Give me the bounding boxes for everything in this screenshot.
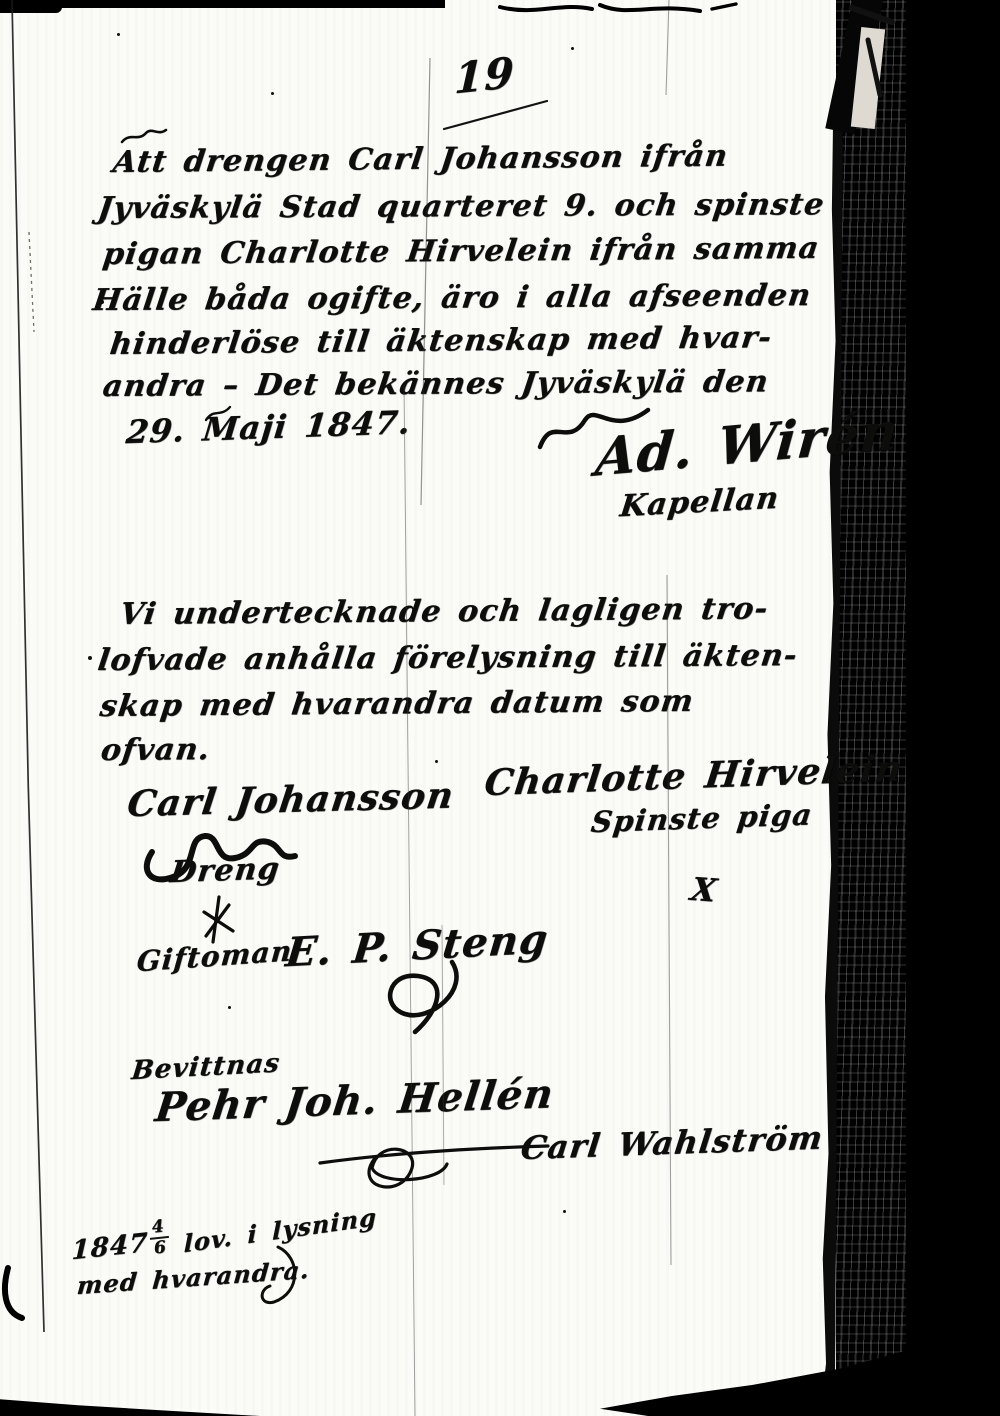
certificate-line: Att drengen Carl Johansson ifrån <box>111 142 730 178</box>
page-number-underline <box>444 101 547 129</box>
bride-title: Spinste piga <box>589 800 814 837</box>
ink-dot <box>271 92 274 95</box>
witness-signature-primary: Pehr Joh. Hellén <box>153 1074 556 1128</box>
top-edge-stroke-remnant <box>712 4 736 9</box>
left-edge-crease-dashes <box>29 232 34 332</box>
groom-mark-icon <box>204 897 233 942</box>
note-text-line1: lov. i lysning <box>184 1205 378 1256</box>
giftoman-signature-flourish <box>390 962 456 1032</box>
book-gutter-texture <box>836 0 906 1416</box>
witness-signature-underline <box>320 1146 548 1163</box>
ink-dot <box>88 656 92 660</box>
left-edge-crease-line <box>12 0 44 1332</box>
declaration-line: skap med hvarandra datum som <box>98 687 696 722</box>
declaration-line: Vi undertecknade och lagligen tro- <box>118 594 770 630</box>
giftoman-label: Giftoman <box>136 937 294 976</box>
certificate-line: andra – Det bekännes Jyväskylä den <box>101 367 771 402</box>
bottom-left-smudge <box>0 1392 260 1416</box>
ink-dot <box>117 33 120 36</box>
note-fraction-denominator: 6 <box>153 1238 168 1257</box>
ink-dot <box>571 47 574 50</box>
crease-line-middle <box>404 385 415 1416</box>
scan-border-top-blob <box>0 0 62 13</box>
certificate-line: Jyväskylä Stad quarteret 9. och spinste <box>96 190 827 224</box>
ink-dot <box>563 1210 566 1213</box>
witness-label: Bevittnas <box>130 1050 281 1084</box>
ink-dot <box>435 760 438 763</box>
tilde-over-att <box>122 130 166 142</box>
groom-signature: Carl Johansson <box>125 777 456 822</box>
scanned-document-page: 19 Att drengen Carl Johansson ifrån Jyvä… <box>0 0 1000 1416</box>
note-date-fraction: 4 6 <box>148 1218 171 1258</box>
scan-border-top <box>0 0 445 8</box>
witness-signature-loop <box>369 1149 447 1187</box>
crease-tick-top <box>666 0 669 95</box>
certificate-line: Hälle båda ogifte, äro i alla afseenden <box>91 281 813 316</box>
bottom-left-edge-curl <box>5 1268 22 1318</box>
note-year: 1847 <box>71 1230 149 1264</box>
bride-mark: X <box>688 873 720 907</box>
note-text-line2: med hvarandra. <box>76 1258 311 1298</box>
top-edge-stroke-remnant <box>500 7 592 10</box>
certificate-line: hinderlöse till äktenskap med hvar- <box>108 323 774 360</box>
witness-signature-secondary: Carl Wahlström <box>519 1121 825 1164</box>
top-edge-stroke-remnant <box>600 5 700 11</box>
priest-title: Kapellan <box>618 484 781 523</box>
ink-dot <box>228 1006 231 1009</box>
page-number: 19 <box>454 52 516 101</box>
declaration-line: lofvade anhålla förelysning till äkten- <box>96 641 800 676</box>
declaration-line: ofvan. <box>99 735 212 766</box>
certificate-line: pigan Charlotte Hirvelein ifrån samma <box>101 234 821 270</box>
scan-border-right <box>902 0 1000 1416</box>
certificate-date-line: 29. Maji 1847. <box>125 406 413 448</box>
giftoman-signature: E. P. Steng <box>284 919 551 973</box>
groom-title: Dreng <box>168 854 281 888</box>
